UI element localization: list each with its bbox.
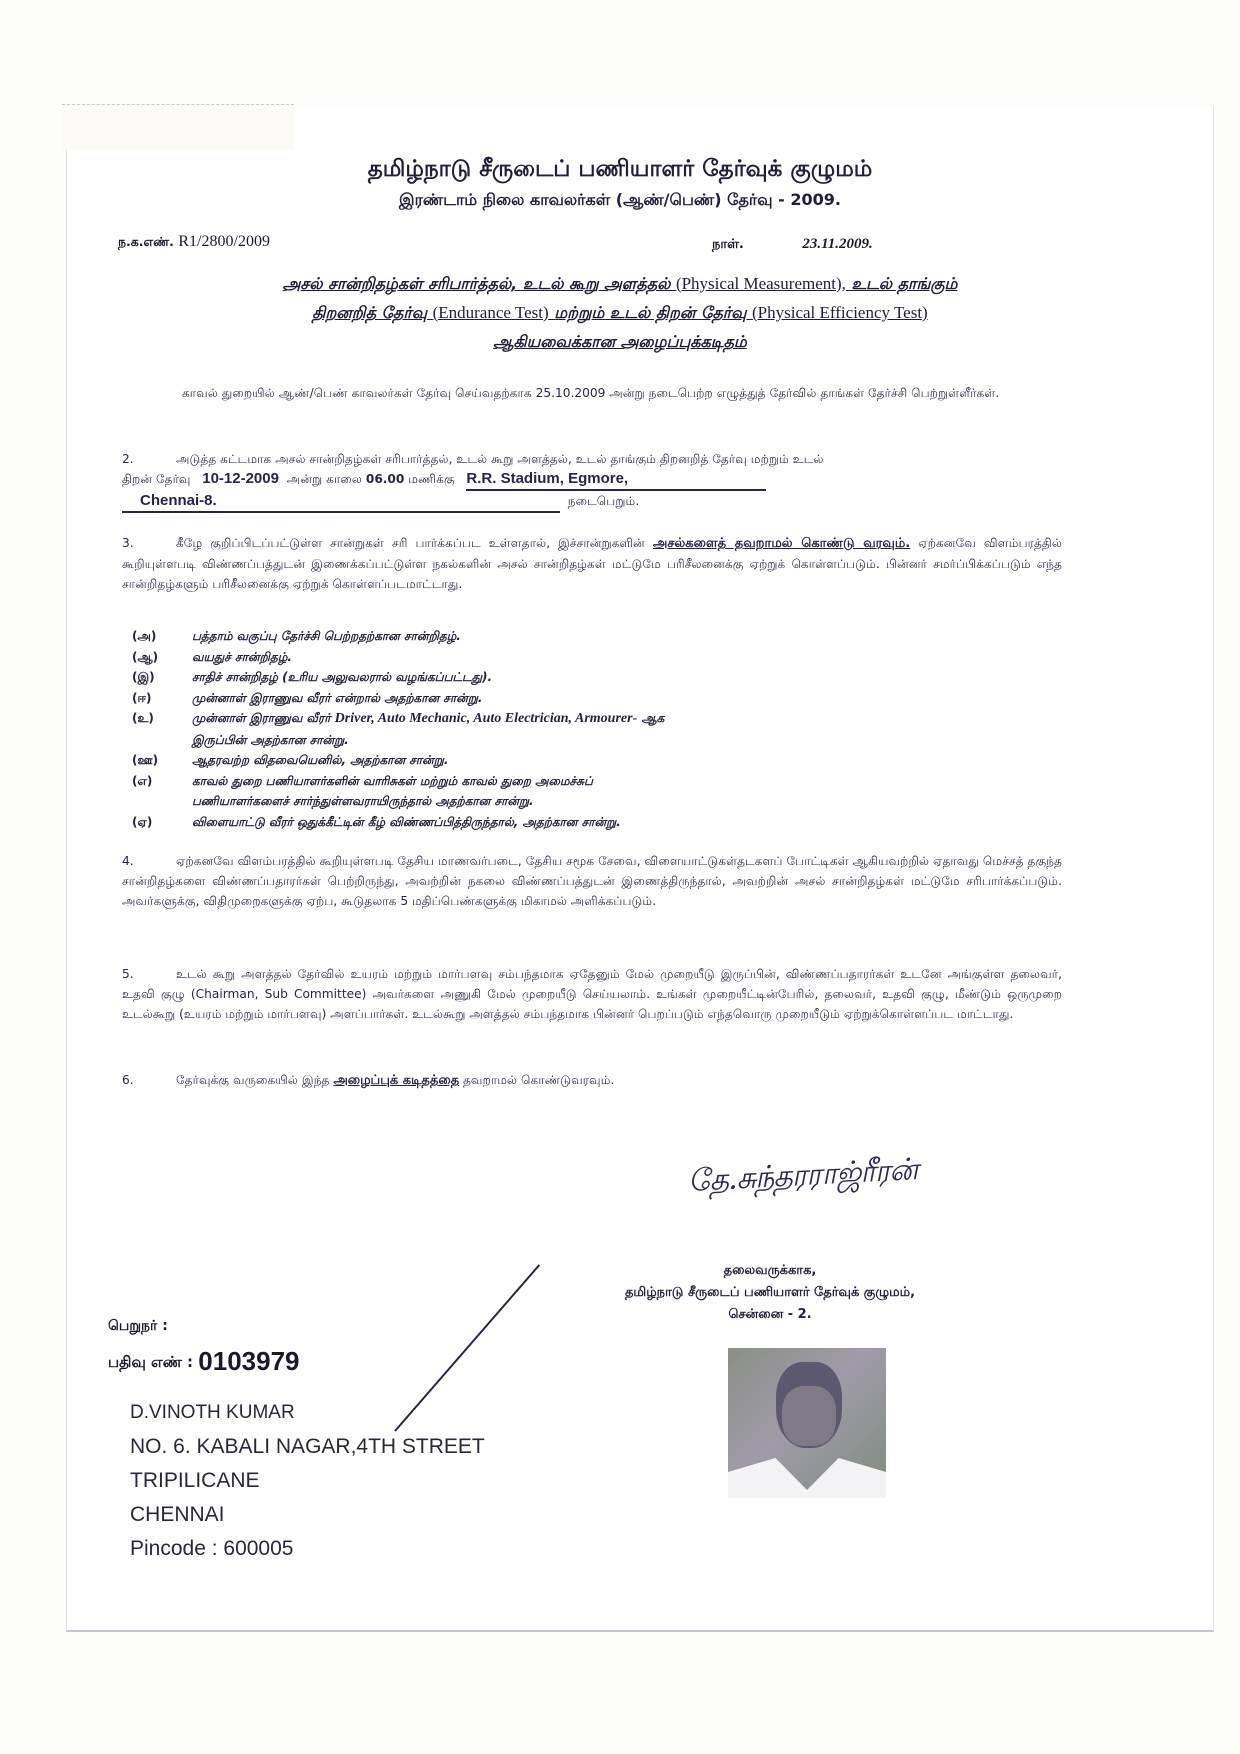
paragraph-1: காவல் துறையில் ஆண்/பெண் காவலர்கள் தேர்வு… [122,383,1062,403]
exam-date: 10-12-2009 [202,470,279,487]
emphasis-text: அசல்களைத் தவறாமல் கொண்டு வரவும். [653,536,910,551]
letter-date: நாள். 23.11.2009. [712,236,873,253]
certificate-item: (அ)பத்தாம் வகுப்பு தேர்ச்சி பெற்றதற்கான … [132,626,832,647]
signatory-line: தமிழ்நாடு சீருடைப் பணியாளர் தேர்வுக் குழ… [540,1282,1000,1304]
paragraph-4: 4.ஏற்கனவே விளம்பரத்தில் கூறியுள்ளபடி தேச… [122,851,1062,911]
certificate-text-part: வயதுச் சான்றிதழ். [192,650,292,664]
signatory-block: தலைவருக்காக, தமிழ்நாடு சீருடைப் பணியாளர்… [540,1260,1000,1326]
certificate-text: முன்னாள் இராணுவ வீரர் என்றால் அதற்கான சா… [192,688,482,709]
subject-line-2: திறனறித் தேர்வு (Endurance Test) மற்றும்… [0,303,1240,324]
paragraph-text: நடைபெறும். [568,494,639,508]
address-line: NO. 6. KABALI NAGAR,4TH STREET [130,1430,485,1464]
certificate-item: (ஏ)விளையாட்டு வீரர் ஒதுக்கீட்டின் கீழ் வ… [132,812,832,833]
certificate-item-continued: பணியாளர்களைச் சார்ந்துள்ளவராயிருந்தால் அ… [132,791,832,812]
registration-value: 0103979 [198,1346,299,1376]
subject-line-1: அசல் சான்றிதழ்கள் சரிபார்த்தல், உடல் கூற… [0,274,1240,295]
certificate-marker: (ஏ) [132,812,192,833]
certificate-text: ஆதரவற்ற விதவையெனில், அதற்கான சான்று. [192,750,448,771]
address-city: CHENNAI [130,1498,485,1532]
date-value: 23.11.2009. [802,236,872,252]
reference-value: R1/2800/2009 [178,233,270,250]
certificate-item: (ஈ)முன்னாள் இராணுவ வீரர் என்றால் அதற்கான… [132,688,832,709]
paragraph-text: கீழே குறிப்பிடப்பட்டுள்ள சான்றுகள் சரி ப… [176,536,645,550]
photo-shirt [728,1458,886,1498]
certificate-marker: (ஆ) [132,647,192,668]
certificate-text-part: Driver, Auto Mechanic, Auto Electrician,… [335,711,638,726]
paragraph-2: 2.அடுத்த கட்டமாக அசல் சான்றிதழ்கள் சரிபா… [122,449,1062,513]
paragraph-text: அடுத்த கட்டமாக அசல் சான்றிதழ்கள் சரிபார்… [176,452,824,466]
certificate-text: பத்தாம் வகுப்பு தேர்ச்சி பெற்றதற்கான சான… [192,626,461,647]
reference-label: ந.க.எண். [118,234,174,249]
paragraph-number: 2. [122,449,176,469]
subject-text-en: (Physical Efficiency Test) [752,303,928,322]
paragraph-number: 6. [122,1070,176,1090]
exam-venue: R.R. Stadium, Egmore, [466,469,766,491]
certificate-text-part: விளையாட்டு வீரர் ஒதுக்கீட்டின் கீழ் விண்… [192,815,621,829]
recipient-label: பெறுநர் : [108,1318,168,1336]
paragraph-5: 5.உடல் கூறு அளத்தல் தேர்வில் உயரம் மற்று… [122,964,1062,1024]
paragraph-number: 4. [122,851,176,871]
organization-heading: தமிழ்நாடு சீருடைப் பணியாளர் தேர்வுக் குழ… [0,156,1240,185]
certificate-text: வயதுச் சான்றிதழ். [192,647,292,668]
paragraph-text: தேர்வுக்கு வருகையில் இந்த [176,1073,329,1087]
certificate-item: (எ)காவல் துறை பணியாளர்களின் வாரிசுகள் மற… [132,771,832,792]
reference-number: ந.க.எண். R1/2800/2009 [118,233,270,251]
paragraph-text: தவறாமல் கொண்டுவரவும். [463,1073,614,1087]
certificate-marker: (உ) [132,708,192,730]
address-line: TRIPILICANE [130,1464,485,1498]
certificate-text-part: பத்தாம் வகுப்பு தேர்ச்சி பெற்றதற்கான சான… [192,629,461,643]
certificate-text-part: இருப்பின் அதற்கான சான்று. [192,730,349,751]
subject-text: மற்றும் உடல் திறன் தேர்வு [554,303,746,322]
torn-paper-edge [62,104,294,149]
certificate-marker: (ஈ) [132,688,192,709]
certificate-item: (இ)சாதிச் சான்றிதழ் (உரிய அலுவலரால் வழங்… [132,667,832,688]
exam-time: 06.00 [366,472,405,486]
certificate-text-part: ஆக [641,711,664,725]
paragraph-text: மணிக்கு [408,472,455,486]
certificate-text-part: முன்னாள் இராணுவ வீரர் [192,711,330,725]
paragraph-text: உடல் கூறு அளத்தல் தேர்வில் உயரம் மற்றும்… [122,967,1062,1021]
subject-text-en: (Physical Measurement), [676,274,846,293]
certificate-text-part: பணியாளர்களைச் சார்ந்துள்ளவராயிருந்தால் அ… [192,791,534,812]
paragraph-text: ஏற்கனவே விளம்பரத்தில் கூறியுள்ளபடி தேசிய… [122,854,1062,908]
signatory-line: தலைவருக்காக, [540,1260,1000,1282]
photo-face [782,1386,836,1446]
subject-text: திறனறித் தேர்வு [312,303,427,322]
paragraph-number: 3. [122,533,176,553]
certificate-text-part: ஆதரவற்ற விதவையெனில், அதற்கான சான்று. [192,753,448,767]
paragraph-6: 6.தேர்வுக்கு வருகையில் இந்த அழைப்புக் கட… [122,1070,1062,1091]
certificate-text-part: முன்னாள் இராணுவ வீரர் என்றால் அதற்கான சா… [192,691,482,705]
certificate-marker: (அ) [132,626,192,647]
certificate-text-part: சாதிச் சான்றிதழ் (உரிய அலுவலரால் வழங்கப்… [192,670,492,684]
certificate-text: சாதிச் சான்றிதழ் (உரிய அலுவலரால் வழங்கப்… [192,667,492,688]
certificate-item: (உ)முன்னாள் இராணுவ வீரர் Driver, Auto Me… [132,708,832,730]
exam-venue-city: Chennai-8. [122,491,560,513]
subject-line-3: ஆகியவைக்கான அழைப்புக்கடிதம் [0,332,1240,353]
certificate-text: விளையாட்டு வீரர் ஒதுக்கீட்டின் கீழ் விண்… [192,812,621,833]
certificate-list: (அ)பத்தாம் வகுப்பு தேர்ச்சி பெற்றதற்கான … [132,626,832,832]
subject-text-en: (Endurance Test) [433,303,549,322]
certificate-text: காவல் துறை பணியாளர்களின் வாரிசுகள் மற்று… [192,771,593,792]
emphasis-text: அழைப்புக் கடிதத்தை [333,1073,459,1088]
recipient-address: D.VINOTH KUMAR NO. 6. KABALI NAGAR,4TH S… [130,1396,485,1566]
candidate-photo [728,1348,886,1498]
subject-text: உடல் தாங்கும் [851,274,957,293]
address-pincode: Pincode : 600005 [130,1532,485,1566]
paragraph-text: காவல் துறையில் ஆண்/பெண் காவலர்கள் தேர்வு… [182,386,999,400]
exam-title: இரண்டாம் நிலை காவலர்கள் (ஆண்/பெண்) தேர்வ… [0,190,1240,211]
certificate-text-part: காவல் துறை பணியாளர்களின் வாரிசுகள் மற்று… [192,774,593,788]
certificate-marker: (எ) [132,771,192,792]
subject-text: அசல் சான்றிதழ்கள் சரிபார்த்தல், உடல் கூற… [283,274,671,293]
registration-number: பதிவு எண் : 0103979 [108,1346,300,1377]
date-label: நாள். [712,237,744,252]
certificate-item: (ஊ)ஆதரவற்ற விதவையெனில், அதற்கான சான்று. [132,750,832,771]
certificate-item: (ஆ)வயதுச் சான்றிதழ். [132,647,832,668]
paragraph-text: திறன் தேர்வு [122,472,191,486]
paragraph-number: 5. [122,964,176,984]
registration-label: பதிவு எண் : [108,1353,193,1371]
certificate-text: முன்னாள் இராணுவ வீரர் Driver, Auto Mecha… [192,708,664,730]
paragraph-3: 3.கீழே குறிப்பிடப்பட்டுள்ள சான்றுகள் சரி… [122,533,1062,594]
certificate-marker: (ஊ) [132,750,192,771]
paragraph-text: அன்று காலை [287,472,362,486]
certificate-marker: (இ) [132,667,192,688]
signatory-line: சென்னை - 2. [540,1304,1000,1326]
recipient-name: D.VINOTH KUMAR [130,1396,485,1430]
certificate-item-continued: இருப்பின் அதற்கான சான்று. [132,730,832,751]
